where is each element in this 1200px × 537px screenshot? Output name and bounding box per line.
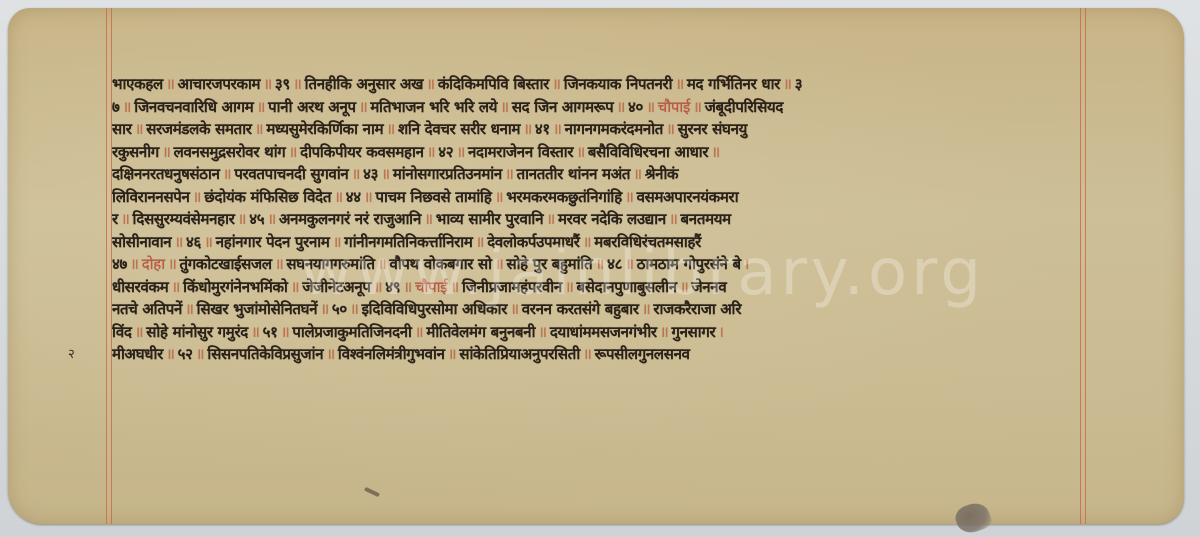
danda-mark: ॥ — [386, 120, 395, 138]
verse-text: रकुसनीग — [112, 143, 159, 161]
verse-text: तानततीर थांनन मअंत — [517, 165, 631, 183]
danda-mark: ॥ — [168, 255, 177, 273]
danda-mark: ॥ — [510, 300, 519, 318]
danda-mark: ॥ — [426, 75, 435, 93]
danda-mark: ॥ — [171, 278, 180, 296]
danda-mark: ॥ — [625, 255, 634, 273]
danda-mark: ॥ — [711, 143, 720, 161]
verse-text: परवतपाचनदी सुगवांन — [234, 165, 348, 183]
verse-text: ४१ — [535, 120, 550, 138]
rubric-heading: चौपाई — [658, 98, 690, 116]
verse-text: सुरनर संघनयु — [678, 120, 747, 138]
verse-text: पानी अरथ अनूप — [268, 98, 356, 116]
verse-text: सांकेतिप्रियाअनुपरसिती — [459, 345, 580, 363]
verse-text: ४३ — [363, 165, 378, 183]
danda-mark: ॥ — [448, 345, 457, 363]
verse-text: सोहे मांनोसुर गमुरंद — [146, 323, 248, 341]
manuscript-line: ७॥जिनवचनवारिधि आगम॥पानी अरथ अनूप॥मतिभाजन… — [112, 96, 1082, 119]
verse-text: श्रेनीकं — [645, 165, 678, 183]
verse-text: राजकरैराजा अरि — [653, 300, 741, 318]
verse-text: दयाधांममसजनगंभीर — [550, 323, 657, 341]
verse-text: ५० — [332, 300, 347, 318]
danda-mark: ॥ — [583, 233, 592, 251]
verse-text: ५२ — [178, 345, 193, 363]
verse-text: ४२ — [438, 143, 453, 161]
verse-text: आचारजपरकाम — [178, 75, 261, 93]
verse-text: ४५ — [249, 210, 264, 228]
verse-text: सिसनपतिकेविप्रसुजांन — [207, 345, 323, 363]
danda-mark: ॥ — [553, 120, 562, 138]
manuscript-line: नतचे अतिपनें॥सिखर भुजांमोसेनितघनें॥५०॥इद… — [112, 298, 1082, 321]
verse-text: लिविराननसपेन — [112, 188, 190, 206]
danda-mark: ॥ — [505, 165, 514, 183]
verse-text: सद जिन आगमरूप — [512, 98, 614, 116]
verse-text: रूपसीलगुनलसनव — [595, 345, 690, 363]
verse-text: भाव्य सामीर पुरवानि — [436, 210, 544, 228]
danda-mark: ॥ — [359, 98, 368, 116]
verse-text: जिनकयाक निपतनरी — [564, 75, 673, 93]
verse-text: जेजीनेटअनूप — [302, 278, 370, 296]
danda-mark: ॥ — [204, 233, 213, 251]
verse-text: सघनयागगरुमांति — [286, 255, 374, 273]
danda-mark: ॥ — [326, 345, 335, 363]
verse-text: तुंगकोटखाईसजल — [180, 255, 272, 273]
danda-mark: ॥ — [403, 278, 412, 296]
verse-text: ४० — [628, 98, 643, 116]
verse-text: मध्यसुमेरकिर्णिका नाम — [266, 120, 383, 138]
verse-text: जिनवचनवारिधि आगम — [134, 98, 253, 116]
danda-mark: ॥ — [565, 278, 574, 296]
danda-mark: ॥ — [350, 300, 359, 318]
danda-mark: ॥ — [185, 300, 194, 318]
danda-mark: ॥ — [193, 188, 202, 206]
danda-mark: ॥ — [456, 143, 465, 161]
danda-mark: ॥ — [693, 98, 702, 116]
verse-text: जंबूदीपरिसियद — [705, 98, 783, 116]
verse-text: दिससुरम्यवंसेमनहार — [133, 210, 235, 228]
danda-mark: ॥ — [288, 143, 297, 161]
verse-text: ३ — [795, 75, 803, 93]
danda-mark: ॥ — [275, 255, 284, 273]
danda-mark: ॥ — [166, 345, 175, 363]
verse-text: मबरविधिरंचतमसाहरैं — [594, 233, 701, 251]
verse-text: देवलोकर्पउपमाधरैं — [487, 233, 579, 251]
verse-text: सरजमंडलके समतार — [146, 120, 251, 138]
danda-mark: ॥ — [660, 323, 669, 341]
verse-text: बसैविविधिरचना आधार — [588, 143, 708, 161]
danda-mark: ॥ — [583, 345, 592, 363]
danda-mark: ॥ — [135, 323, 144, 341]
manuscript-line: रकुसनीग॥लवनसमुद्रसरोवर थांग॥दीपकिपीयर कव… — [112, 141, 1082, 164]
verse-text: नहांनगार पेदन पुरनाम — [216, 233, 330, 251]
danda-mark: ॥ — [415, 323, 424, 341]
manuscript-line: मीअघधीर॥५२॥सिसनपतिकेविप्रसुजांन॥विश्वंनल… — [112, 343, 1082, 366]
danda-mark: ॥ — [334, 188, 343, 206]
verse-text: दीपकिपीयर कवसमहान — [300, 143, 423, 161]
verse-text: ३९ — [275, 75, 290, 93]
verse-text: र — [112, 210, 118, 228]
danda-mark: ॥ — [646, 98, 655, 116]
danda-mark: ॥ — [427, 143, 436, 161]
danda-mark: ॥ — [281, 323, 290, 341]
verse-text: सोसीनावान — [112, 233, 171, 251]
danda-mark: ॥ — [364, 188, 373, 206]
danda-mark: ॥ — [174, 233, 183, 251]
manuscript-text-block: भाएकहल॥आचारजपरकाम॥३९॥तिनहीकि अनुसार अख॥क… — [112, 73, 1082, 366]
danda-mark: ॥ — [196, 345, 205, 363]
verse-text: सोहे पुर बहुमांति — [506, 255, 592, 273]
verse-text: नतचे अतिपनें — [112, 300, 182, 318]
danda-mark: ॥ — [669, 210, 678, 228]
danda-mark: ॥ — [162, 143, 171, 161]
danda-mark: ॥ — [351, 165, 360, 183]
verse-text: गुनसागर — [671, 323, 715, 341]
verse-text: मतिभाजन भरि भरि लये — [370, 98, 497, 116]
danda-mark: । — [744, 255, 749, 273]
danda-mark: ॥ — [263, 75, 272, 93]
verse-text: वसमअपारनयंकमरा — [637, 188, 739, 206]
manuscript-line: धीसरवंकम॥किंधोमुरगंनेनभमिंको॥जेजीनेटअनूप… — [112, 276, 1082, 299]
danda-mark: ॥ — [130, 255, 139, 273]
danda-mark: ॥ — [576, 143, 585, 161]
verse-text: ४६ — [186, 233, 201, 251]
danda-mark: । — [718, 323, 723, 341]
verse-text: विश्वंनलिमंत्रीगुभवांन — [338, 345, 445, 363]
rubric-heading: चौपाई — [415, 278, 447, 296]
danda-mark: ॥ — [333, 233, 342, 251]
manuscript-line: दक्षिननरतधनुषसंठान॥परवतपाचनदी सुगवांन॥४३… — [112, 163, 1082, 186]
danda-mark: ॥ — [267, 210, 276, 228]
danda-mark: ॥ — [552, 75, 561, 93]
danda-mark: ॥ — [135, 120, 144, 138]
verse-text: ७ — [112, 98, 120, 116]
danda-mark: ॥ — [633, 165, 642, 183]
verse-text: वरनन करतसंगे बहुबार — [522, 300, 639, 318]
danda-mark: ॥ — [378, 255, 387, 273]
verse-text: पाचम निछवसे तामांहि — [375, 188, 491, 206]
danda-mark: ॥ — [625, 188, 634, 206]
verse-text: ४९ — [385, 278, 400, 296]
verse-text: सिखर भुजांमोसेनितघनें — [197, 300, 318, 318]
verse-text: नदामराजेनन विस्तार — [468, 143, 573, 161]
verse-text: ठामठाम गोपुरसंने बे — [637, 255, 741, 273]
rubric-heading: दोहा — [142, 255, 165, 273]
verse-text: मरवर नदेकि लउद्यान — [558, 210, 666, 228]
verse-text: भरमकरमकछुतंनिगांहि — [506, 188, 622, 206]
danda-mark: ॥ — [783, 75, 792, 93]
manuscript-line: ४७॥दोहा॥तुंगकोटखाईसजल॥सघनयागगरुमांति॥वौप… — [112, 253, 1082, 276]
danda-mark: ॥ — [675, 75, 684, 93]
verse-text: किंधोमुरगंनेनभमिंको — [183, 278, 288, 296]
verse-text: शनि देवचर सरीर धनाम — [398, 120, 520, 138]
verse-text: अनमकुलनगरं नरं राजुआनि — [279, 210, 421, 228]
danda-mark: ॥ — [424, 210, 433, 228]
manuscript-line: विंद॥सोहे मांनोसुर गमुरंद॥५१॥पालेप्रजाकु… — [112, 321, 1082, 344]
verse-text: वौपथ वोकबगार सो — [389, 255, 491, 273]
verse-text: मांनोसगारप्रतिउनमांन — [393, 165, 502, 183]
manuscript-line: सार॥सरजमंडलके समतार॥मध्यसुमेरकिर्णिका ना… — [112, 118, 1082, 141]
danda-mark: ॥ — [256, 98, 265, 116]
verse-text: भाएकहल — [112, 75, 163, 93]
danda-mark: ॥ — [595, 255, 604, 273]
danda-mark: ॥ — [293, 75, 302, 93]
danda-mark: ॥ — [546, 210, 555, 228]
verse-text: गांनीनगमतिनिकर्त्तानिराम — [344, 233, 472, 251]
danda-mark: ॥ — [255, 120, 264, 138]
manuscript-line: र॥दिससुरम्यवंसेमनहार॥४५॥अनमकुलनगरं नरं र… — [112, 208, 1082, 231]
verse-text: बनतमयम — [681, 210, 731, 228]
danda-mark: ॥ — [121, 210, 130, 228]
verse-text: बसेदानपुणाबुसलीन — [577, 278, 677, 296]
verse-text: ५१ — [263, 323, 278, 341]
danda-mark: ॥ — [374, 278, 383, 296]
verse-text: ४४ — [346, 188, 361, 206]
danda-mark: ॥ — [291, 278, 300, 296]
verse-text: कंदिकिमपिवि बिस्तार — [438, 75, 549, 93]
verse-text: ४८ — [607, 255, 622, 273]
verse-text: जेननव — [691, 278, 726, 296]
danda-mark: ॥ — [616, 98, 625, 116]
danda-mark: ॥ — [523, 120, 532, 138]
manuscript-line: सोसीनावान॥४६॥नहांनगार पेदन पुरनाम॥गांनीन… — [112, 231, 1082, 254]
manuscript-line: लिविराननसपेन॥छंदोयंक मंफिसिछ विदेत॥४४॥पा… — [112, 186, 1082, 209]
verse-text: मद गर्भितिनर धार — [687, 75, 780, 93]
danda-mark: ॥ — [476, 233, 485, 251]
danda-mark: ॥ — [538, 323, 547, 341]
verse-text: लवनसमुद्रसरोवर थांग — [174, 143, 286, 161]
ink-smudge — [364, 487, 380, 497]
verse-text: धीसरवंकम — [112, 278, 168, 296]
danda-mark: ॥ — [320, 300, 329, 318]
verse-text: पालेप्रजाकुमतिजिनदनी — [292, 323, 411, 341]
danda-mark: ॥ — [223, 165, 232, 183]
danda-mark: ॥ — [238, 210, 247, 228]
danda-mark: ॥ — [251, 323, 260, 341]
danda-mark: ॥ — [500, 98, 509, 116]
danda-mark: ॥ — [495, 255, 504, 273]
verse-text: तिनहीकि अनुसार अख — [305, 75, 424, 93]
danda-mark: ॥ — [381, 165, 390, 183]
manuscript-line: भाएकहल॥आचारजपरकाम॥३९॥तिनहीकि अनुसार अख॥क… — [112, 73, 1082, 96]
verse-text: दक्षिननरतधनुषसंठान — [112, 165, 220, 183]
verse-text: नागनगमकरंदमनोत — [565, 120, 663, 138]
danda-mark: ॥ — [166, 75, 175, 93]
verse-text: छंदोयंक मंफिसिछ विदेत — [204, 188, 331, 206]
folio-number: २ — [68, 344, 75, 362]
verse-text: विंद — [112, 323, 132, 341]
danda-mark: ॥ — [450, 278, 459, 296]
danda-mark: ॥ — [642, 300, 651, 318]
danda-mark: ॥ — [666, 120, 675, 138]
verse-text: जिनीप्रजामहंपरवीन — [462, 278, 562, 296]
verse-text: मीअघधीर — [112, 345, 163, 363]
danda-mark: ॥ — [123, 98, 132, 116]
verse-text: सार — [112, 120, 132, 138]
danda-mark: ॥ — [680, 278, 689, 296]
verse-text: मीतिवेलमंग बनुनबनी — [426, 323, 535, 341]
verse-text: इदिविविधिपुरसोमा अधिकार — [362, 300, 507, 318]
danda-mark: ॥ — [495, 188, 504, 206]
verse-text: ४७ — [112, 255, 127, 273]
